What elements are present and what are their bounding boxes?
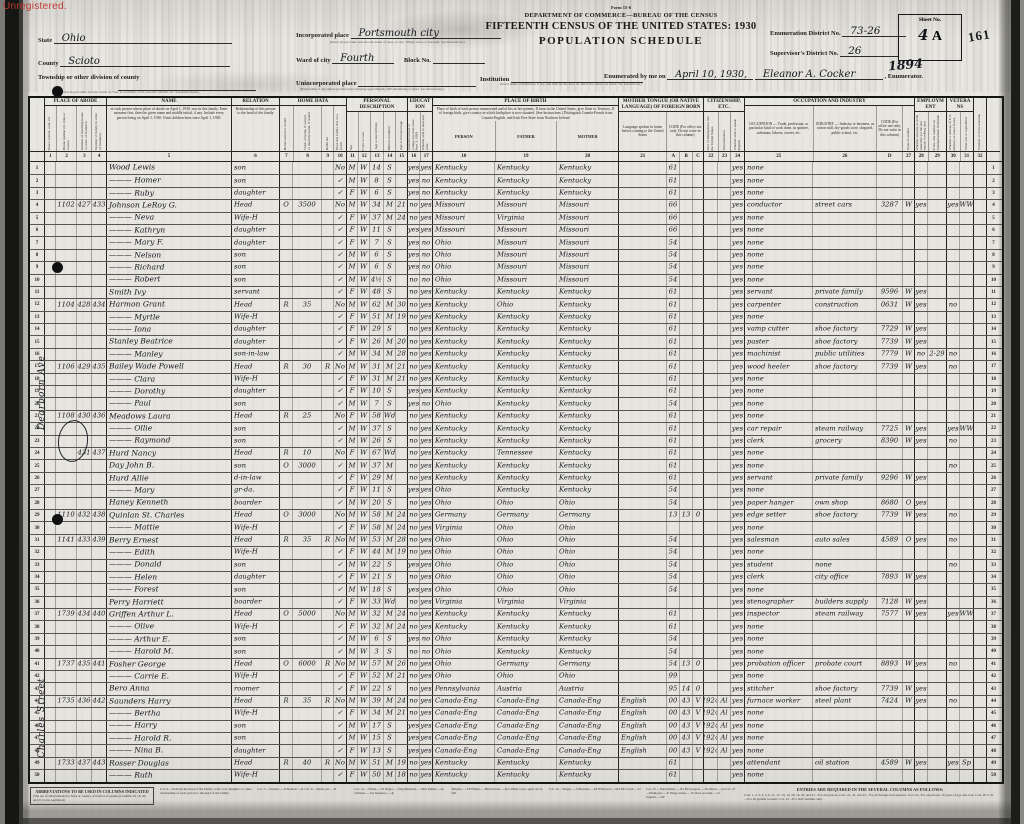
cell-bm: Kentucky bbox=[556, 460, 618, 471]
cell-ln: 31 bbox=[30, 535, 44, 546]
table-row: 48——— Nina B.daughter✓FW13SyesyesCanada-… bbox=[30, 744, 1002, 756]
cell-sch: no bbox=[407, 770, 419, 781]
cell-fsn bbox=[973, 510, 986, 521]
cell-ind bbox=[812, 671, 876, 682]
cell-dw bbox=[76, 312, 91, 323]
cell-eln bbox=[927, 733, 946, 744]
cell-val: 3000 bbox=[292, 510, 321, 521]
supervisor-district-value: 26 bbox=[848, 45, 861, 57]
cell-imm bbox=[703, 584, 717, 595]
cell-ind bbox=[812, 374, 876, 385]
cell-house bbox=[55, 708, 76, 719]
cell-rad: R bbox=[321, 696, 333, 707]
table-row: 34——— Helendaughter✓FW21SnoyesOhioOhioOh… bbox=[30, 571, 1002, 583]
cell-own bbox=[279, 386, 292, 397]
cell-farm: No bbox=[333, 299, 346, 310]
cell-sch: no bbox=[407, 758, 419, 769]
cell-ind: private family bbox=[812, 287, 876, 298]
cell-own: R bbox=[279, 696, 292, 707]
cell-spk: yes bbox=[730, 560, 744, 571]
cell-agm bbox=[395, 324, 407, 335]
cell-sch: no bbox=[407, 547, 419, 558]
cell-nat bbox=[717, 275, 730, 286]
cell-ocd bbox=[876, 560, 902, 571]
cell-cls: W bbox=[902, 336, 914, 347]
cell-rw: yes bbox=[419, 721, 432, 732]
cell-mar: M bbox=[383, 349, 395, 360]
entries-required-title: ENTRIES ARE REQUIRED IN THE SEVERAL COLU… bbox=[744, 787, 996, 792]
table-row: 22——— Ollieson✓MW37SnoyesKentuckyKentuck… bbox=[30, 422, 1002, 434]
column-subheader-eln: If not, line number on Unemployment Sche… bbox=[928, 112, 946, 152]
cell-spk: yes bbox=[730, 213, 744, 224]
column-number-war: 31 bbox=[960, 152, 974, 161]
cell-val bbox=[292, 708, 321, 719]
cell-farm: No bbox=[333, 510, 346, 521]
cell-cc: V bbox=[692, 745, 703, 756]
cell-rad bbox=[321, 572, 333, 583]
cell-sex: F bbox=[346, 671, 357, 682]
cell-agm: 28 bbox=[395, 535, 407, 546]
cell-vet: no bbox=[946, 436, 959, 447]
cell-dw bbox=[76, 188, 91, 199]
cell-dw bbox=[76, 225, 91, 236]
cell-spk: yes bbox=[730, 386, 744, 397]
cell-fsn bbox=[973, 460, 986, 471]
cell-rad bbox=[321, 671, 333, 682]
cell-age: 31 bbox=[369, 374, 383, 385]
cell-dw: 435 bbox=[76, 659, 91, 670]
cell-lang: English bbox=[618, 721, 666, 732]
cell-ocd bbox=[876, 460, 902, 471]
cell-ca: 61 bbox=[666, 361, 679, 372]
cell-ca: 00 bbox=[666, 733, 679, 744]
cell-house: 1106 bbox=[55, 361, 76, 372]
cell-race: W bbox=[357, 250, 369, 261]
cell-lang bbox=[618, 460, 666, 471]
cell-bm: Kentucky bbox=[556, 436, 618, 447]
cell-mar: M bbox=[383, 659, 395, 670]
cell-own bbox=[279, 733, 292, 744]
cell-street bbox=[44, 460, 55, 471]
column-subheader-sex: Sex bbox=[347, 112, 358, 152]
cell-own bbox=[279, 522, 292, 533]
cell-sex: M bbox=[346, 200, 357, 211]
cell-name: ——— Paul bbox=[106, 398, 231, 409]
cell-fam bbox=[91, 213, 106, 224]
sheet-number-value: 4 bbox=[918, 26, 928, 44]
cell-lang: English bbox=[618, 708, 666, 719]
cell-spk: yes bbox=[730, 547, 744, 558]
cell-val: 3500 bbox=[292, 200, 321, 211]
cell-ca: 61 bbox=[666, 349, 679, 360]
cell-bp: Canada-Eng bbox=[432, 696, 494, 707]
cell-war bbox=[959, 535, 973, 546]
cell-race: W bbox=[357, 683, 369, 694]
cell-ca: 61 bbox=[666, 423, 679, 434]
cell-age: 53 bbox=[369, 535, 383, 546]
cell-cls: W bbox=[902, 473, 914, 484]
cell-cls bbox=[902, 646, 914, 657]
cell-rw: yes bbox=[419, 597, 432, 608]
cell-agm bbox=[395, 634, 407, 645]
cell-imm: 1924 bbox=[703, 733, 717, 744]
cell-fsn bbox=[973, 374, 986, 385]
cell-vet bbox=[946, 522, 959, 533]
cell-vet: no bbox=[946, 299, 959, 310]
cell-val bbox=[292, 213, 321, 224]
cell-race: W bbox=[357, 237, 369, 248]
cell-spk: yes bbox=[730, 597, 744, 608]
cell-vet bbox=[946, 398, 959, 409]
cell-lang bbox=[618, 188, 666, 199]
cell-name: ——— Harold M. bbox=[106, 646, 231, 657]
cell-agm: 21 bbox=[395, 708, 407, 719]
cell-imm bbox=[703, 671, 717, 682]
cell-house bbox=[55, 162, 76, 174]
cell-vet bbox=[946, 498, 959, 509]
cell-name: Fosher George bbox=[106, 659, 231, 670]
cell-street bbox=[44, 473, 55, 484]
cell-ind: shoe factory bbox=[812, 510, 876, 521]
cell-mar: S bbox=[383, 498, 395, 509]
cell-cc bbox=[692, 485, 703, 496]
cell-val bbox=[292, 522, 321, 533]
cell-race: W bbox=[357, 175, 369, 186]
column-number-own: 7 bbox=[280, 152, 293, 161]
cell-ocd: 7739 bbox=[876, 336, 902, 347]
cell-fam bbox=[91, 634, 106, 645]
cell-mar: M bbox=[383, 671, 395, 682]
cell-house bbox=[55, 312, 76, 323]
cell-imm bbox=[703, 374, 717, 385]
cell-house bbox=[55, 634, 76, 645]
cell-cb bbox=[679, 535, 692, 546]
cell-emp bbox=[914, 162, 927, 174]
column-number-fam: 4 bbox=[91, 152, 106, 161]
cell-cls: W bbox=[902, 597, 914, 608]
cell-agm: 21 bbox=[395, 200, 407, 211]
cell-agm bbox=[395, 436, 407, 447]
cell-name: Stanley Beatrice bbox=[106, 336, 231, 347]
cell-ca: 13 bbox=[666, 510, 679, 521]
cell-agm bbox=[395, 398, 407, 409]
cell-cc bbox=[692, 287, 703, 298]
cell-cls bbox=[902, 275, 914, 286]
cell-cls bbox=[902, 386, 914, 397]
cell-fsn bbox=[973, 175, 986, 186]
cell-sex: F bbox=[346, 522, 357, 533]
cell-sex: M bbox=[346, 646, 357, 657]
column-number-ind: 26 bbox=[813, 152, 877, 161]
cell-rad bbox=[321, 299, 333, 310]
cell-val bbox=[292, 646, 321, 657]
cell-war bbox=[959, 460, 973, 471]
cell-dw: 429 bbox=[76, 361, 91, 372]
cell-imm bbox=[703, 213, 717, 224]
cell-bf: Kentucky bbox=[494, 349, 556, 360]
cell-emp: yes bbox=[914, 287, 927, 298]
cell-own bbox=[279, 745, 292, 756]
cell-house bbox=[55, 646, 76, 657]
cell-dw: 434 bbox=[76, 609, 91, 620]
cell-bm: Canada-Eng bbox=[556, 745, 618, 756]
cell-lang bbox=[618, 659, 666, 670]
cell-fam bbox=[91, 275, 106, 286]
cell-dw bbox=[76, 721, 91, 732]
cell-cc bbox=[692, 448, 703, 459]
cell-dw bbox=[76, 175, 91, 186]
cell-nat bbox=[717, 324, 730, 335]
cell-bp: Ohio bbox=[432, 250, 494, 261]
cell-cb bbox=[679, 299, 692, 310]
cell-eln bbox=[927, 535, 946, 546]
cell-farm: ✓ bbox=[333, 287, 346, 298]
cell-ind: steam railway bbox=[812, 423, 876, 434]
cell-val bbox=[292, 162, 321, 174]
cell-bm: Canada-Eng bbox=[556, 721, 618, 732]
cell-ind: oil station bbox=[812, 758, 876, 769]
cell-occ: furnace worker bbox=[744, 696, 812, 707]
cell-rel: Head bbox=[231, 200, 279, 211]
cell-ocd bbox=[876, 721, 902, 732]
cell-race: W bbox=[357, 398, 369, 409]
cell-cc bbox=[692, 250, 703, 261]
cell-eln bbox=[927, 423, 946, 434]
cell-vet bbox=[946, 213, 959, 224]
cell-occ: none bbox=[744, 522, 812, 533]
cell-val bbox=[292, 374, 321, 385]
cell-own bbox=[279, 473, 292, 484]
column-subheader-bp: PERSON bbox=[433, 121, 495, 151]
cell-rw: no bbox=[419, 175, 432, 186]
cell-cc bbox=[692, 336, 703, 347]
cell-lang bbox=[618, 237, 666, 248]
cell-ca: 54 bbox=[666, 560, 679, 571]
column-group-home-data: HOME DATAHome owned or rentedValue of ho… bbox=[279, 98, 346, 161]
cell-own: R bbox=[279, 448, 292, 459]
cell-agm bbox=[395, 498, 407, 509]
cell-vet: no bbox=[946, 560, 959, 571]
cell-fam bbox=[91, 336, 106, 347]
cell-vet bbox=[946, 572, 959, 583]
cell-mar: S bbox=[383, 423, 395, 434]
cell-age: 22 bbox=[369, 560, 383, 571]
cell-fsn bbox=[973, 188, 986, 199]
street-name-vertical-1: Dearborn Ave bbox=[37, 185, 47, 430]
cell-lang bbox=[618, 522, 666, 533]
cell-house: 1104 bbox=[55, 299, 76, 310]
column-group-personal-description: PERSONAL DESCRIPTIONSexColor or raceAge … bbox=[346, 98, 407, 161]
cell-war bbox=[959, 597, 973, 608]
cell-rw: yes bbox=[419, 659, 432, 670]
table-row: 40——— Harold M.son✓MW3SnonoOhioKentuckyK… bbox=[30, 645, 1002, 657]
cell-sch: no bbox=[407, 423, 419, 434]
cell-imm bbox=[703, 770, 717, 781]
cell-age: 6 bbox=[369, 262, 383, 273]
table-row: 411737435441Fosher GeorgeHeadO6000RNoMW5… bbox=[30, 658, 1002, 670]
cell-dw bbox=[76, 745, 91, 756]
cell-bp: Ohio bbox=[432, 485, 494, 496]
cell-val bbox=[292, 436, 321, 447]
cell-house bbox=[55, 560, 76, 571]
cell-war bbox=[959, 188, 973, 199]
cell-rel: Head bbox=[231, 299, 279, 310]
cell-house bbox=[55, 250, 76, 261]
cell-rad bbox=[321, 560, 333, 571]
cell-race: W bbox=[357, 162, 369, 174]
cell-val bbox=[292, 634, 321, 645]
cell-rad bbox=[321, 547, 333, 558]
cell-bm: Ohio bbox=[556, 560, 618, 571]
cell-own bbox=[279, 162, 292, 174]
cell-fam bbox=[91, 733, 106, 744]
cell-cb bbox=[679, 336, 692, 347]
cell-farm: No bbox=[333, 758, 346, 769]
cell-agm bbox=[395, 733, 407, 744]
cell-dw: 433 bbox=[76, 535, 91, 546]
cell-sex: M bbox=[346, 510, 357, 521]
cell-emp bbox=[914, 460, 927, 471]
sheet-letter: A bbox=[932, 29, 942, 44]
cell-lang bbox=[618, 621, 666, 632]
cell-age: 15 bbox=[369, 733, 383, 744]
cell-cls: W bbox=[902, 361, 914, 372]
cell-fam: 439 bbox=[91, 535, 106, 546]
cell-farm: ✓ bbox=[333, 646, 346, 657]
cell-bf: Kentucky bbox=[494, 436, 556, 447]
cell-vet bbox=[946, 597, 959, 608]
cell-rel: gr-da. bbox=[231, 485, 279, 496]
cell-bf: Virginia bbox=[494, 213, 556, 224]
cell-imm bbox=[703, 634, 717, 645]
cell-fsn bbox=[973, 349, 986, 360]
cell-lang bbox=[618, 597, 666, 608]
cell-war bbox=[959, 522, 973, 533]
cell-bp: Kentucky bbox=[432, 411, 494, 422]
table-row: 371739434440Griffen Arthur L.HeadO5000No… bbox=[30, 608, 1002, 620]
cell-cc bbox=[692, 770, 703, 781]
cell-rw: yes bbox=[419, 213, 432, 224]
cell-nat bbox=[717, 162, 730, 174]
cell-ocd bbox=[876, 162, 902, 174]
cell-cc bbox=[692, 411, 703, 422]
cell-name: ——— Mattie bbox=[106, 522, 231, 533]
cell-house bbox=[55, 745, 76, 756]
cell-rw: yes bbox=[419, 535, 432, 546]
cell-bp: Canada-Eng bbox=[432, 721, 494, 732]
cell-agm bbox=[395, 473, 407, 484]
cell-age: 34 bbox=[369, 349, 383, 360]
cell-sch: no bbox=[407, 683, 419, 694]
cell-name: Johnson LeRoy G. bbox=[106, 200, 231, 211]
cell-cc bbox=[692, 460, 703, 471]
cell-fsn bbox=[973, 708, 986, 719]
cell-ca: 61 bbox=[666, 436, 679, 447]
cell-sch: no bbox=[407, 572, 419, 583]
table-row: 15Stanley Beatricedaughter✓FW26M20noyesK… bbox=[30, 335, 1002, 347]
cell-bm: Missouri bbox=[556, 225, 618, 236]
cell-ca: 54 bbox=[666, 485, 679, 496]
cell-sch: yes bbox=[407, 733, 419, 744]
cell-cc bbox=[692, 225, 703, 236]
cell-cb bbox=[679, 188, 692, 199]
cell-race: W bbox=[357, 708, 369, 719]
cell-street bbox=[44, 162, 55, 174]
cell-name: ——— Harry bbox=[106, 721, 231, 732]
cell-nat: Al bbox=[717, 745, 730, 756]
cell-emp: yes bbox=[914, 683, 927, 694]
cell-fam bbox=[91, 423, 106, 434]
cell-lang bbox=[618, 510, 666, 521]
cell-rad bbox=[321, 634, 333, 645]
cell-sch: no bbox=[407, 609, 419, 620]
cell-imm bbox=[703, 498, 717, 509]
cell-sch: no bbox=[407, 312, 419, 323]
column-number-val: 8 bbox=[293, 152, 322, 161]
cell-cc: V bbox=[692, 721, 703, 732]
cell-house: 1739 bbox=[55, 609, 76, 620]
cell-war bbox=[959, 175, 973, 186]
cell-fam bbox=[91, 473, 106, 484]
cell-war bbox=[959, 473, 973, 484]
cell-age: 29 bbox=[369, 324, 383, 335]
column-number-emp: 28 bbox=[915, 152, 928, 161]
cell-bm: Kentucky bbox=[556, 485, 618, 496]
cell-ca: 61 bbox=[666, 609, 679, 620]
cell-bf: Kentucky bbox=[494, 398, 556, 409]
cell-sch: yes bbox=[407, 162, 419, 174]
cell-eln bbox=[927, 560, 946, 571]
cell-ind: steel plant bbox=[812, 696, 876, 707]
cell-nat bbox=[717, 175, 730, 186]
cell-farm: No bbox=[333, 162, 346, 174]
cell-name: ——— Arthur E. bbox=[106, 634, 231, 645]
cell-emp: yes bbox=[914, 336, 927, 347]
column-subheader-rel bbox=[232, 117, 279, 151]
cell-war bbox=[959, 374, 973, 385]
cell-bf: Canada-Eng bbox=[494, 733, 556, 744]
cell-bm: Austria bbox=[556, 683, 618, 694]
table-row: 171106429435Bailey Wade PowellHeadR30RNo… bbox=[30, 360, 1002, 372]
cell-fsn bbox=[973, 560, 986, 571]
cell-bm: Kentucky bbox=[556, 770, 618, 781]
cell-rw: no bbox=[419, 634, 432, 645]
cell-ca: 61 bbox=[666, 374, 679, 385]
column-group-place-of-abode: PLACE OF ABODEStreet, avenue, road, etc.… bbox=[44, 98, 106, 161]
table-row: 41102427433Johnson LeRoy G.HeadO3500NoMW… bbox=[30, 199, 1002, 211]
cell-name: Haney Kenneth bbox=[106, 498, 231, 509]
cell-occ: none bbox=[744, 745, 812, 756]
cell-cb bbox=[679, 584, 692, 595]
cell-sex: F bbox=[346, 312, 357, 323]
cell-sch: no bbox=[407, 473, 419, 484]
cell-cb bbox=[679, 275, 692, 286]
cell-cc bbox=[692, 671, 703, 682]
cell-age: 8 bbox=[369, 175, 383, 186]
cell-imm bbox=[703, 349, 717, 360]
cell-bf: Virginia bbox=[494, 597, 556, 608]
cell-rad bbox=[321, 448, 333, 459]
cell-farm: ✓ bbox=[333, 336, 346, 347]
cell-ca: 54 bbox=[666, 547, 679, 558]
cell-farm: ✓ bbox=[333, 547, 346, 558]
cell-war bbox=[959, 621, 973, 632]
cell-race: W bbox=[357, 324, 369, 335]
cell-house bbox=[55, 175, 76, 186]
cell-bf: Kentucky bbox=[494, 423, 556, 434]
cell-mar: Wd bbox=[383, 597, 395, 608]
cell-occ: carpenter bbox=[744, 299, 812, 310]
